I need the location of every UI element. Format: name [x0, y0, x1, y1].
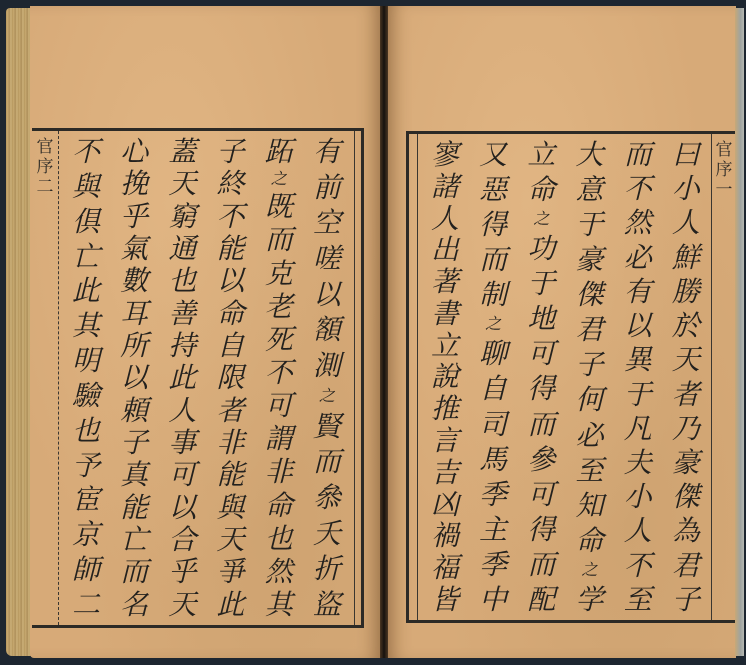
glyph: 克: [265, 259, 293, 288]
glyph: 亡: [120, 525, 148, 554]
glyph: 能: [120, 493, 148, 522]
glyph: 之: [271, 170, 287, 188]
glyph: 命: [576, 526, 604, 555]
book-gutter: [380, 6, 388, 658]
glyph: 命: [265, 491, 293, 520]
glyph: 皆: [431, 585, 459, 614]
glyph: 而: [624, 140, 652, 169]
right-text-columns: 曰小人鮮勝於天者乃豪傑為君子而不然必有以異于凡夫小人不至大意于豪傑君子何必至知命…: [425, 140, 706, 614]
glyph: 豪: [672, 448, 700, 477]
text-column: 又惡得而制之聊自司馬季主季中: [473, 140, 513, 614]
glyph: 可: [265, 391, 293, 420]
glyph: 勝: [672, 277, 700, 306]
glyph: 窮: [168, 202, 196, 231]
glyph: 謂: [265, 424, 293, 453]
glyph: 地: [527, 304, 555, 333]
glyph: 之: [582, 561, 598, 579]
text-column: 蓋天窮通也善持此人事可以合乎天: [162, 137, 202, 619]
glyph: 與: [217, 493, 245, 522]
glyph: 以: [120, 363, 148, 392]
glyph: 凶: [431, 490, 459, 519]
book-spread: 官序二 有前空嗟以額測之賢而叅夭折盜跖之既而克老死不可謂非命也然其子終不能以命自…: [0, 0, 746, 665]
glyph: 功: [527, 234, 555, 263]
glyph: 于: [527, 269, 555, 298]
glyph: 君: [576, 315, 604, 344]
glyph: 俱: [72, 207, 100, 236]
glyph: 宦: [72, 485, 100, 514]
glyph: 數: [120, 266, 148, 295]
margin-rule: [58, 131, 59, 625]
glyph: 傑: [672, 482, 700, 511]
glyph: 之: [319, 387, 335, 405]
glyph: 何: [576, 385, 604, 414]
glyph: 蓋: [168, 137, 196, 166]
glyph: 非: [265, 457, 293, 486]
glyph: 豪: [576, 245, 604, 274]
glyph: 禍: [431, 521, 459, 550]
glyph: 知: [576, 491, 604, 520]
glyph: 真: [120, 460, 148, 489]
glyph: 得: [527, 515, 555, 544]
glyph: 配: [527, 585, 555, 614]
glyph: 福: [431, 553, 459, 582]
glyph: 諸: [431, 172, 459, 201]
glyph: 與: [72, 172, 100, 201]
glyph: 能: [217, 234, 245, 263]
glyph: 以: [313, 280, 341, 309]
glyph: 氣: [120, 234, 148, 263]
glyph: 此: [217, 590, 245, 619]
glyph: 可: [527, 339, 555, 368]
glyph: 言: [431, 426, 459, 455]
glyph: 異: [624, 345, 652, 374]
glyph: 吉: [431, 458, 459, 487]
glyph: 折: [313, 554, 341, 583]
glyph: 人: [168, 396, 196, 425]
page-edge-stack-right: [735, 8, 744, 656]
margin-glyph: 序: [716, 160, 733, 180]
glyph: 驗: [72, 381, 100, 410]
left-text-frame: 官序二 有前空嗟以額測之賢而叅夭折盜跖之既而克老死不可謂非命也然其子終不能以命自…: [32, 128, 364, 628]
glyph: 制: [479, 280, 507, 309]
glyph: 推: [431, 394, 459, 423]
glyph: 耳: [120, 299, 148, 328]
glyph: 馬: [479, 445, 507, 474]
glyph: 夭: [313, 519, 341, 548]
glyph: 不: [624, 551, 652, 580]
glyph: 大: [576, 140, 604, 169]
glyph: 不: [217, 202, 245, 231]
glyph: 天: [217, 525, 245, 554]
glyph: 而: [479, 245, 507, 274]
glyph: 二: [72, 590, 100, 619]
glyph: 以: [217, 266, 245, 295]
left-page: 官序二 有前空嗟以額測之賢而叅夭折盜跖之既而克老死不可謂非命也然其子終不能以命自…: [30, 6, 380, 658]
glyph: 其: [72, 311, 100, 340]
glyph: 不: [624, 174, 652, 203]
glyph: 可: [168, 460, 196, 489]
margin-glyph: 一: [716, 180, 733, 200]
glyph: 頼: [120, 396, 148, 425]
glyph: 此: [168, 363, 196, 392]
margin-glyph: 序: [37, 157, 54, 177]
glyph: 也: [265, 524, 293, 553]
glyph: 至: [576, 456, 604, 485]
glyph: 說: [431, 362, 459, 391]
glyph: 季: [479, 480, 507, 509]
glyph: 而: [527, 550, 555, 579]
glyph: 以: [168, 493, 196, 522]
glyph: 爭: [217, 557, 245, 586]
glyph: 空: [313, 208, 341, 237]
glyph: 賢: [313, 412, 341, 441]
glyph: 乎: [168, 557, 196, 586]
glyph: 子: [120, 428, 148, 457]
glyph: 有: [313, 137, 341, 166]
text-column: 子終不能以命自限者非能與天爭此: [211, 137, 251, 619]
glyph: 人: [672, 208, 700, 237]
glyph: 意: [576, 175, 604, 204]
right-margin-label: 官序一: [713, 140, 735, 200]
frame-inner-rule: [417, 134, 418, 620]
glyph: 于: [576, 210, 604, 239]
glyph: 又: [479, 140, 507, 169]
glyph: 限: [217, 363, 245, 392]
glyph: 所: [120, 331, 148, 360]
glyph: 子: [217, 137, 245, 166]
text-column: 立命之功于地可得而參可得而配: [521, 140, 561, 614]
glyph: 者: [672, 380, 700, 409]
glyph: 者: [217, 396, 245, 425]
glyph: 前: [313, 173, 341, 202]
glyph: 命: [527, 175, 555, 204]
glyph: 善: [168, 299, 196, 328]
glyph: 夫: [624, 448, 652, 477]
glyph: 然: [624, 208, 652, 237]
glyph: 惡: [479, 175, 507, 204]
glyph: 君: [672, 551, 700, 580]
glyph: 此: [72, 276, 100, 305]
glyph: 天: [168, 169, 196, 198]
glyph: 跖: [265, 137, 293, 166]
text-column: 心挽乎氣數耳所以頼子真能亡而名: [114, 137, 154, 619]
text-column: 有前空嗟以額測之賢而叅夭折盜: [307, 137, 347, 619]
glyph: 可: [527, 480, 555, 509]
glyph: 通: [168, 234, 196, 263]
glyph: 傑: [576, 280, 604, 309]
text-column: 而不然必有以異于凡夫小人不至: [618, 140, 658, 614]
glyph: 小: [672, 174, 700, 203]
margin-glyph: 官: [716, 140, 733, 160]
text-column: 不與俱亡此其明驗也予宦京師二: [66, 137, 106, 619]
glyph: 師: [72, 555, 100, 584]
glyph: 額: [313, 315, 341, 344]
glyph: 然: [265, 557, 293, 586]
glyph: 既: [265, 192, 293, 221]
glyph: 于: [624, 380, 652, 409]
glyph: 書: [431, 299, 459, 328]
glyph: 天: [168, 590, 196, 619]
glyph: 著: [431, 267, 459, 296]
right-text-frame: 官序一 曰小人鮮勝於天者乃豪傑為君子而不然必有以異于凡夫小人不至大意于豪傑君子何…: [406, 131, 736, 623]
glyph: 不: [265, 358, 293, 387]
glyph: 鮮: [672, 243, 700, 272]
glyph: 中: [479, 585, 507, 614]
text-column: 曰小人鮮勝於天者乃豪傑為君子: [666, 140, 706, 614]
glyph: 心: [120, 137, 148, 166]
text-column: 大意于豪傑君子何必至知命之学: [570, 140, 610, 614]
left-text-columns: 有前空嗟以額測之賢而叅夭折盜跖之既而克老死不可謂非命也然其子終不能以命自限者非能…: [66, 137, 347, 619]
glyph: 凡: [624, 414, 652, 443]
glyph: 立: [431, 331, 459, 360]
glyph: 死: [265, 325, 293, 354]
glyph: 主: [479, 515, 507, 544]
frame-inner-rule: [354, 131, 355, 625]
glyph: 至: [624, 585, 652, 614]
glyph: 持: [168, 331, 196, 360]
glyph: 人: [624, 516, 652, 545]
glyph: 合: [168, 525, 196, 554]
glyph: 終: [217, 169, 245, 198]
glyph: 之: [533, 210, 549, 228]
glyph: 乃: [672, 414, 700, 443]
glyph: 以: [624, 311, 652, 340]
glyph: 聊: [479, 339, 507, 368]
right-page: 官序一 曰小人鮮勝於天者乃豪傑為君子而不然必有以異于凡夫小人不至大意于豪傑君子何…: [388, 6, 736, 658]
margin-glyph: 官: [37, 137, 54, 157]
glyph: 京: [72, 520, 100, 549]
glyph: 而: [313, 447, 341, 476]
margin-rule: [711, 134, 712, 620]
glyph: 明: [72, 346, 100, 375]
glyph: 能: [217, 460, 245, 489]
glyph: 季: [479, 550, 507, 579]
glyph: 而: [527, 410, 555, 439]
glyph: 子: [576, 350, 604, 379]
glyph: 予: [72, 451, 100, 480]
glyph: 嗟: [313, 244, 341, 273]
glyph: 有: [624, 277, 652, 306]
text-column: 跖之既而克老死不可謂非命也然其: [259, 137, 299, 619]
glyph: 自: [217, 331, 245, 360]
glyph: 於: [672, 311, 700, 340]
glyph: 也: [168, 266, 196, 295]
text-column: 寥諸人出著書立說推言吉凶禍福皆: [425, 140, 465, 614]
glyph: 乎: [120, 202, 148, 231]
glyph: 命: [217, 299, 245, 328]
glyph: 子: [672, 585, 700, 614]
glyph: 為: [672, 516, 700, 545]
glyph: 天: [672, 345, 700, 374]
glyph: 曰: [672, 140, 700, 169]
glyph: 司: [479, 410, 507, 439]
glyph: 也: [72, 416, 100, 445]
glyph: 立: [527, 140, 555, 169]
glyph: 寥: [431, 140, 459, 169]
glyph: 名: [120, 590, 148, 619]
glyph: 小: [624, 482, 652, 511]
glyph: 人: [431, 204, 459, 233]
margin-glyph: 二: [37, 177, 54, 197]
glyph: 叅: [313, 483, 341, 512]
glyph: 得: [527, 374, 555, 403]
glyph: 事: [168, 428, 196, 457]
glyph: 參: [527, 445, 555, 474]
glyph: 自: [479, 374, 507, 403]
glyph: 学: [576, 585, 604, 614]
glyph: 非: [217, 428, 245, 457]
glyph: 得: [479, 210, 507, 239]
glyph: 必: [576, 421, 604, 450]
glyph: 而: [120, 557, 148, 586]
left-margin-label: 官序二: [34, 137, 56, 197]
glyph: 而: [265, 225, 293, 254]
glyph: 不: [72, 137, 100, 166]
glyph: 挽: [120, 169, 148, 198]
glyph: 之: [485, 315, 501, 333]
glyph: 老: [265, 292, 293, 321]
glyph: 必: [624, 243, 652, 272]
glyph: 出: [431, 235, 459, 264]
glyph: 其: [265, 590, 293, 619]
glyph: 亡: [72, 242, 100, 271]
glyph: 盜: [313, 590, 341, 619]
glyph: 測: [313, 351, 341, 380]
